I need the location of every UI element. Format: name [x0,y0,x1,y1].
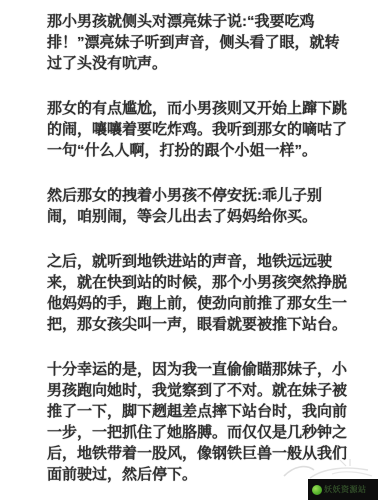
watermark-label: 妖妖资源站 [324,485,367,494]
paragraph: 那女的有点尴尬，而小男孩则又开始上蹿下跳 的闹，嚷嚷着要吃炸鸡。我听到那女的嘀咕… [47,98,354,161]
text-line: 排！”漂亮妹子听到声音，侧头看了眼，就转 [47,32,354,53]
text-line: 来，就在快到站的时候，那个小男孩突然挣脱 [47,272,354,293]
text-line: 十分幸运的是，因为我一直偷偷瞄那妹子，小 [47,359,354,380]
green-leaf-icon [312,485,322,495]
text-line: 一步，一把抓住了她胳膊。而仅仅是几秒钟之 [47,422,354,443]
text-line: 过了头没有吭声。 [47,53,354,74]
paragraph: 之后，就听到地铁进站的声音，地铁远远驶 来，就在快到站的时候，那个小男孩突然挣脱… [47,251,354,335]
text-line: 的闹，嚷嚷着要吃炸鸡。我听到那女的嘀咕了 [47,119,354,140]
text-line: 他妈妈的手，跑上前，使劲向前推了那女生一 [47,293,354,314]
paragraph: 那小男孩就侧头对漂亮妹子说:“我要吃鸡 排！”漂亮妹子听到声音，侧头看了眼，就转… [47,11,354,74]
watermark-bar: 妖妖资源站 [308,479,378,500]
paragraph: 然后那女的拽着小男孩不停安抚:乖儿子别 闹，咱别闹，等会儿出去了妈妈给你买。 [47,185,354,227]
watermark: 妖妖资源站 [278,452,378,500]
text-line: 一句“什么人啊，打扮的跟个小姐一样”。 [47,140,354,161]
text-line: 男孩跑向她时，我觉察到了不对。就在妹子被 [47,380,354,401]
text-line: 闹，咱别闹，等会儿出去了妈妈给你买。 [47,206,354,227]
text-line: 那小男孩就侧头对漂亮妹子说:“我要吃鸡 [47,11,354,32]
article-body: 那小男孩就侧头对漂亮妹子说:“我要吃鸡 排！”漂亮妹子听到声音，侧头看了眼，就转… [0,0,378,485]
text-line: 那女的有点尴尬，而小男孩则又开始上蹿下跳 [47,98,354,119]
text-line: 然后那女的拽着小男孩不停安抚:乖儿子别 [47,185,354,206]
text-line: 把，那女孩尖叫一声，眼看就要被推下站台。 [47,314,354,335]
text-line: 推了一下，脚下趔趄差点摔下站台时，我向前 [47,401,354,422]
text-line: 之后，就听到地铁进站的声音，地铁远远驶 [47,251,354,272]
